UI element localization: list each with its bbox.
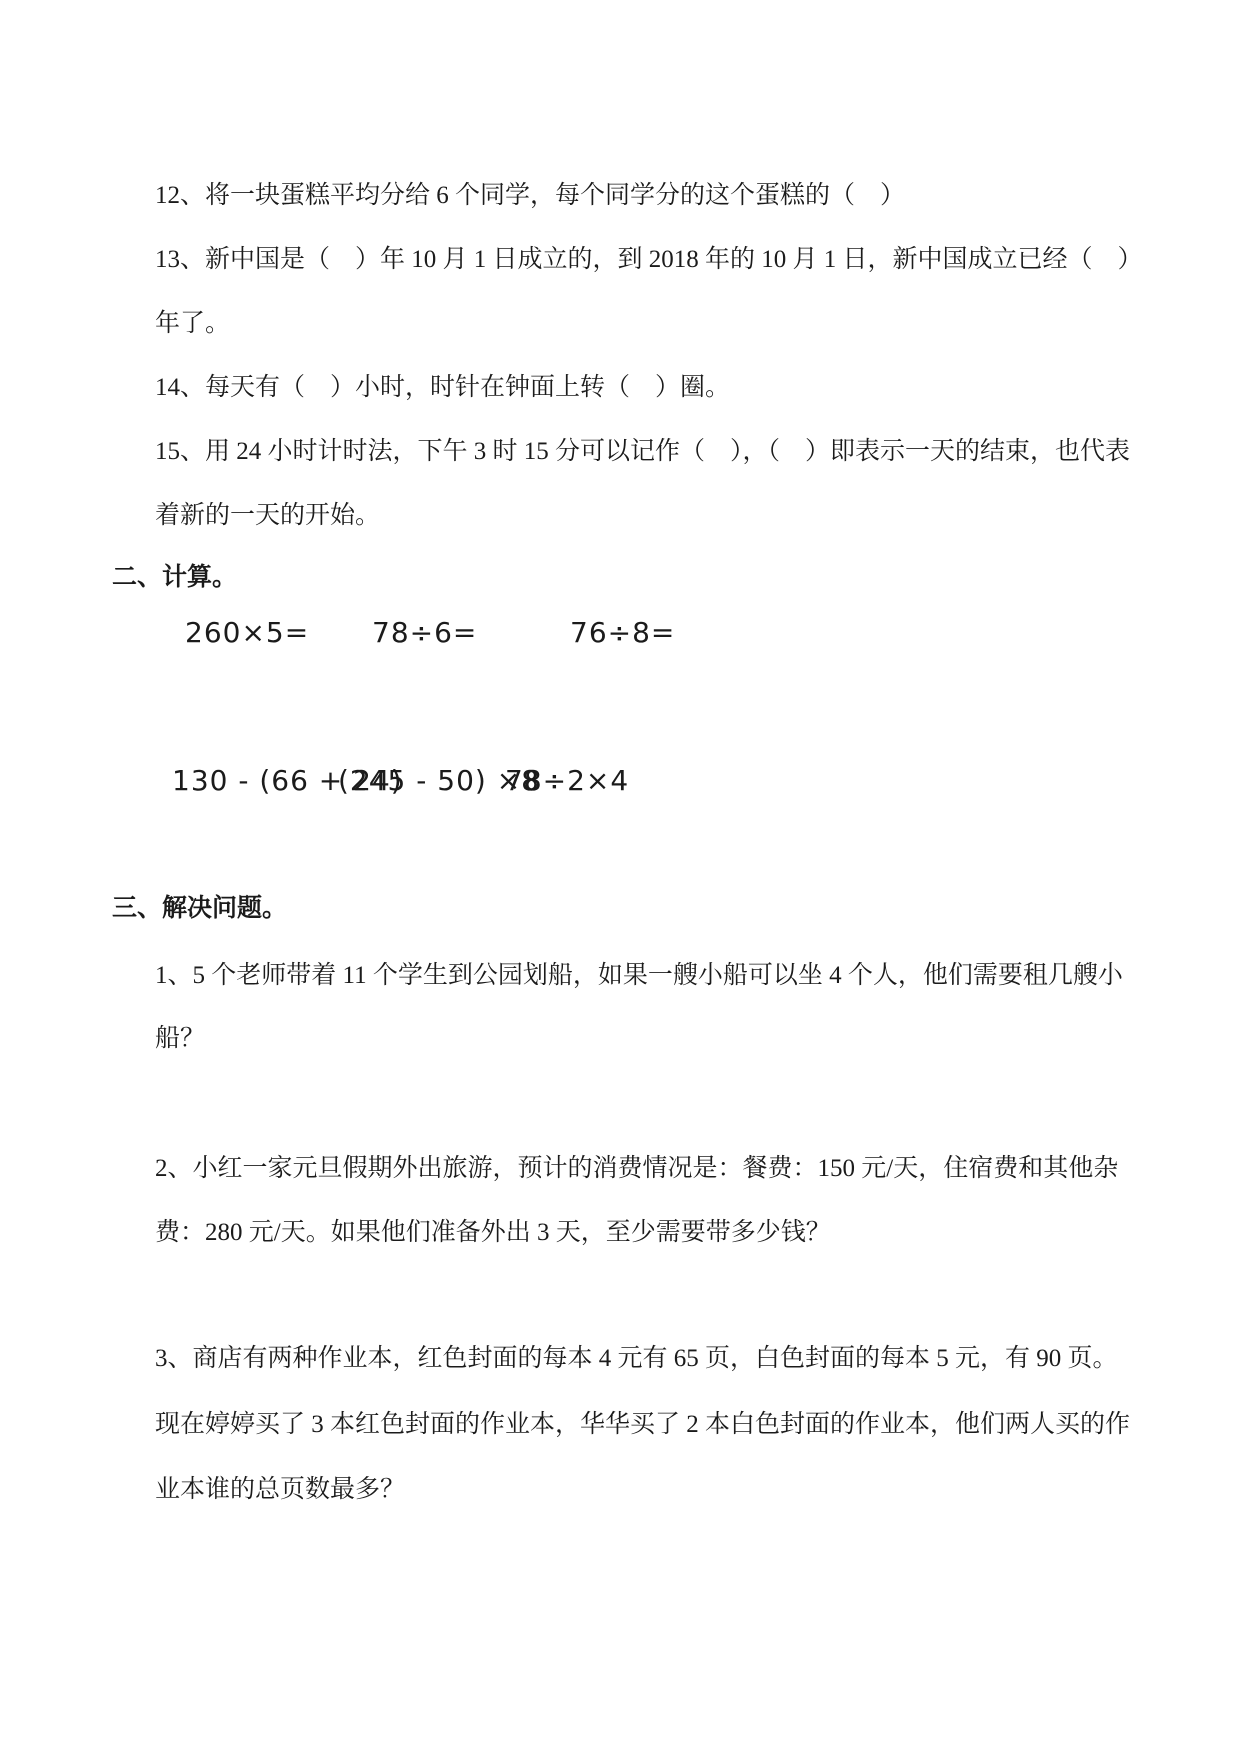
question-14: 14、每天有（ ）小时，时针在钟面上转（ ）圈。 xyxy=(155,375,730,400)
section-2-heading: 二、计算。 xyxy=(112,565,237,590)
worksheet-page: 12、将一块蛋糕平均分给 6 个同学，每个同学分的这个蛋糕的（ ） 13、新中国… xyxy=(0,0,1240,1754)
question-12: 12、将一块蛋糕平均分给 6 个同学，每个同学分的这个蛋糕的（ ） xyxy=(155,183,905,208)
question-15-line1: 15、用 24 小时计时法，下午 3 时 15 分可以记作（ ），（ ）即表示一… xyxy=(155,439,1130,464)
problem-2-line1: 2、小红一家元旦假期外出旅游，预计的消费情况是：餐费：150 元/天，住宿费和其… xyxy=(155,1156,1118,1181)
problem-3-line3: 业本谁的总页数最多？ xyxy=(155,1477,405,1502)
problem-2-line2: 费：280 元/天。如果他们准备外出 3 天，至少需要带多少钱？ xyxy=(155,1220,831,1245)
calc-expression-1: 260×5= xyxy=(185,619,309,647)
section-3-heading: 三、解决问题。 xyxy=(112,896,287,921)
problem-3-line2: 现在婷婷买了 3 本红色封面的作业本，华华买了 2 本白色封面的作业本，他们两人… xyxy=(155,1412,1130,1437)
calc-expression-6: 78÷2×4 xyxy=(505,767,629,795)
calc-expression-3: 76÷8= xyxy=(570,619,675,647)
problem-1-line2: 船？ xyxy=(155,1026,205,1051)
problem-3-line1: 3、商店有两种作业本，红色封面的每本 4 元有 65 页，白色封面的每本 5 元… xyxy=(155,1346,1118,1371)
question-13-line2: 年了。 xyxy=(155,311,230,336)
question-13-line1: 13、新中国是（ ）年 10 月 1 日成立的，到 2018 年的 10 月 1… xyxy=(155,247,1143,272)
question-15-line2: 着新的一天的开始。 xyxy=(155,503,380,528)
problem-1-line1: 1、5 个老师带着 11 个学生到公园划船，如果一艘小船可以坐 4 个人，他们需… xyxy=(155,963,1123,988)
calc-expression-2: 78÷6= xyxy=(372,619,477,647)
